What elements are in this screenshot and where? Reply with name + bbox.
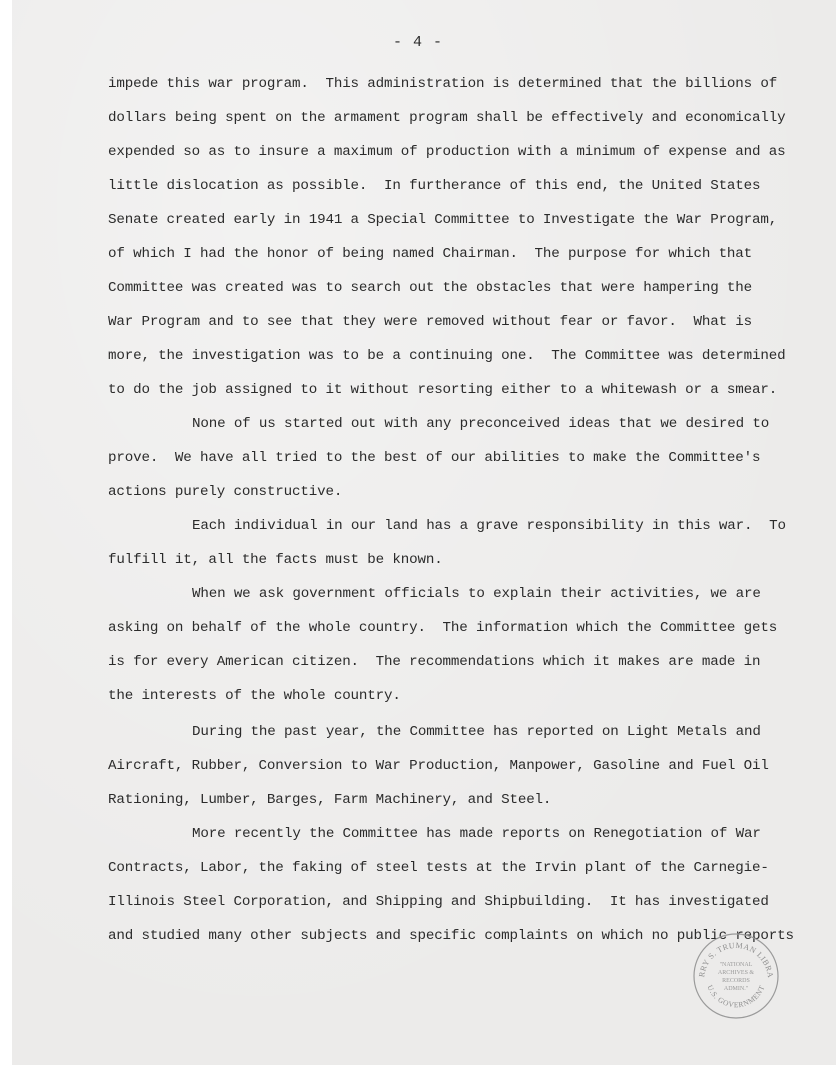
text-line: Committee was created was to search out … bbox=[108, 280, 752, 296]
svg-text:RECORDS: RECORDS bbox=[722, 978, 750, 984]
svg-text:"NATIONAL: "NATIONAL bbox=[720, 962, 753, 968]
paragraph-first-line: Each individual in our land has a grave … bbox=[192, 518, 786, 534]
paragraph-first-line: When we ask government officials to expl… bbox=[192, 586, 761, 602]
paragraph-first-line: None of us started out with any preconce… bbox=[192, 416, 769, 432]
text-line: dollars being spent on the armament prog… bbox=[108, 110, 785, 126]
text-line: fulfill it, all the facts must be known. bbox=[108, 552, 443, 568]
text-line: Contracts, Labor, the faking of steel te… bbox=[108, 860, 769, 876]
paragraph-first-line: More recently the Committee has made rep… bbox=[192, 826, 761, 842]
text-line: little dislocation as possible. In furth… bbox=[108, 178, 760, 194]
text-line: Aircraft, Rubber, Conversion to War Prod… bbox=[108, 758, 769, 774]
text-line: impede this war program. This administra… bbox=[108, 76, 777, 92]
text-line: actions purely constructive. bbox=[108, 484, 342, 500]
text-line: prove. We have all tried to the best of … bbox=[108, 450, 760, 466]
page-number: - 4 - bbox=[0, 34, 836, 51]
text-line: to do the job assigned to it without res… bbox=[108, 382, 777, 398]
text-line: is for every American citizen. The recom… bbox=[108, 654, 760, 670]
svg-text:ADMIN.": ADMIN." bbox=[724, 986, 749, 992]
text-line: Illinois Steel Corporation, and Shipping… bbox=[108, 894, 769, 910]
text-line: Senate created early in 1941 a Special C… bbox=[108, 212, 777, 228]
text-line: War Program and to see that they were re… bbox=[108, 314, 752, 330]
text-line: asking on behalf of the whole country. T… bbox=[108, 620, 777, 636]
text-line: expended so as to insure a maximum of pr… bbox=[108, 144, 785, 160]
text-line: Rationing, Lumber, Barges, Farm Machiner… bbox=[108, 792, 551, 808]
archive-stamp-icon: HARRY S. TRUMAN LIBRARY U.S. GOVERNMENT … bbox=[690, 930, 782, 1022]
text-line: of which I had the honor of being named … bbox=[108, 246, 752, 262]
paragraph-first-line: During the past year, the Committee has … bbox=[192, 724, 761, 740]
text-line: the interests of the whole country. bbox=[108, 688, 401, 704]
svg-text:ARCHIVES &: ARCHIVES & bbox=[718, 970, 755, 976]
text-line: more, the investigation was to be a cont… bbox=[108, 348, 785, 364]
